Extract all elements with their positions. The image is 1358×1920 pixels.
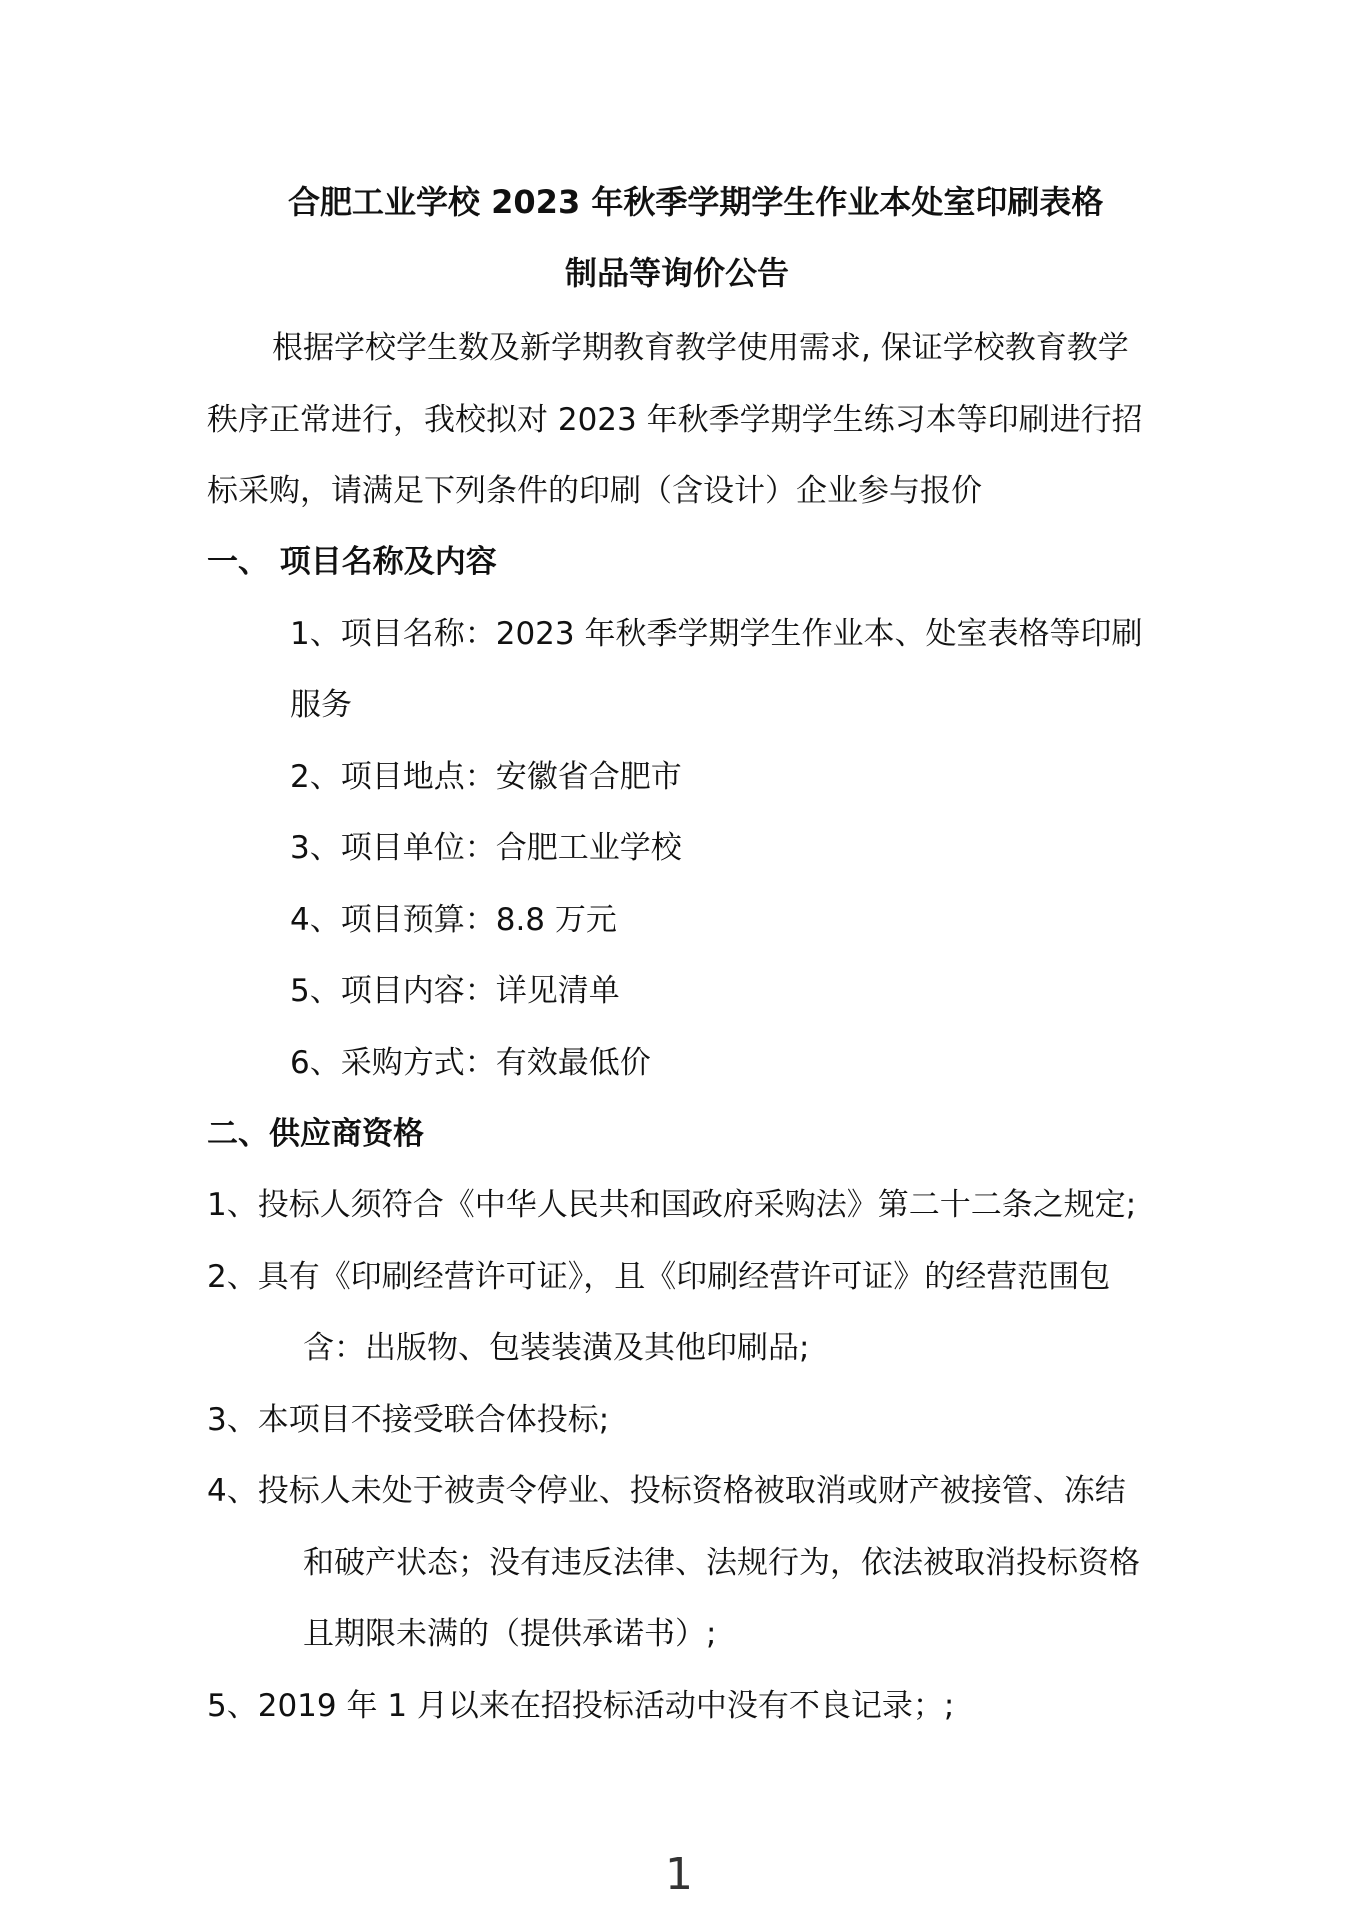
section-1-item-4: 4、项目预算：8.8 万元 <box>290 900 617 940</box>
section-1-item-6: 6、采购方式：有效最低价 <box>290 1043 651 1083</box>
section-1-item-1: 1、项目名称：2023 年秋季学期学生作业本、处室表格等印刷 <box>290 614 1142 654</box>
section-1-item-1-cont: 服务 <box>290 685 352 725</box>
intro-line-3: 标采购，请满足下列条件的印刷（含设计）企业参与报价 <box>207 471 982 511</box>
section-1-heading: 一、 项目名称及内容 <box>207 542 497 582</box>
section-1-item-5: 5、项目内容：详见清单 <box>290 971 620 1011</box>
section-1-item-2: 2、项目地点：安徽省合肥市 <box>290 757 682 797</box>
section-1-item-3: 3、项目单位：合肥工业学校 <box>290 828 682 868</box>
intro-line-2: 秩序正常进行，我校拟对 2023 年秋季学期学生练习本等印刷进行招 <box>207 400 1143 440</box>
page-number: 1 <box>0 1850 1358 1900</box>
title-line-2: 制品等询价公告 <box>565 253 789 293</box>
section-2-item-5: 5、2019 年 1 月以来在招投标活动中没有不良记录；; <box>207 1686 954 1726</box>
intro-line-1: 根据学校学生数及新学期教育教学使用需求, 保证学校教育教学 <box>272 328 1129 368</box>
title-line-1: 合肥工业学校 2023 年秋季学期学生作业本处室印刷表格 <box>288 182 1103 222</box>
section-2-item-4-cont-2: 且期限未满的（提供承诺书）; <box>303 1614 716 1654</box>
section-2-item-4-cont-1: 和破产状态；没有违反法律、法规行为，依法被取消投标资格 <box>303 1543 1140 1583</box>
section-2-item-2-cont: 含：出版物、包装装潢及其他印刷品; <box>303 1328 809 1368</box>
section-2-item-3: 3、本项目不接受联合体投标; <box>207 1400 609 1440</box>
section-2-item-4: 4、投标人未处于被责令停业、投标资格被取消或财产被接管、冻结 <box>207 1471 1126 1511</box>
section-2-heading: 二、供应商资格 <box>207 1114 424 1154</box>
section-2-item-1: 1、投标人须符合《中华人民共和国政府采购法》第二十二条之规定; <box>207 1185 1136 1225</box>
section-2-item-2: 2、具有《印刷经营许可证》，且《印刷经营许可证》的经营范围包 <box>207 1257 1110 1297</box>
